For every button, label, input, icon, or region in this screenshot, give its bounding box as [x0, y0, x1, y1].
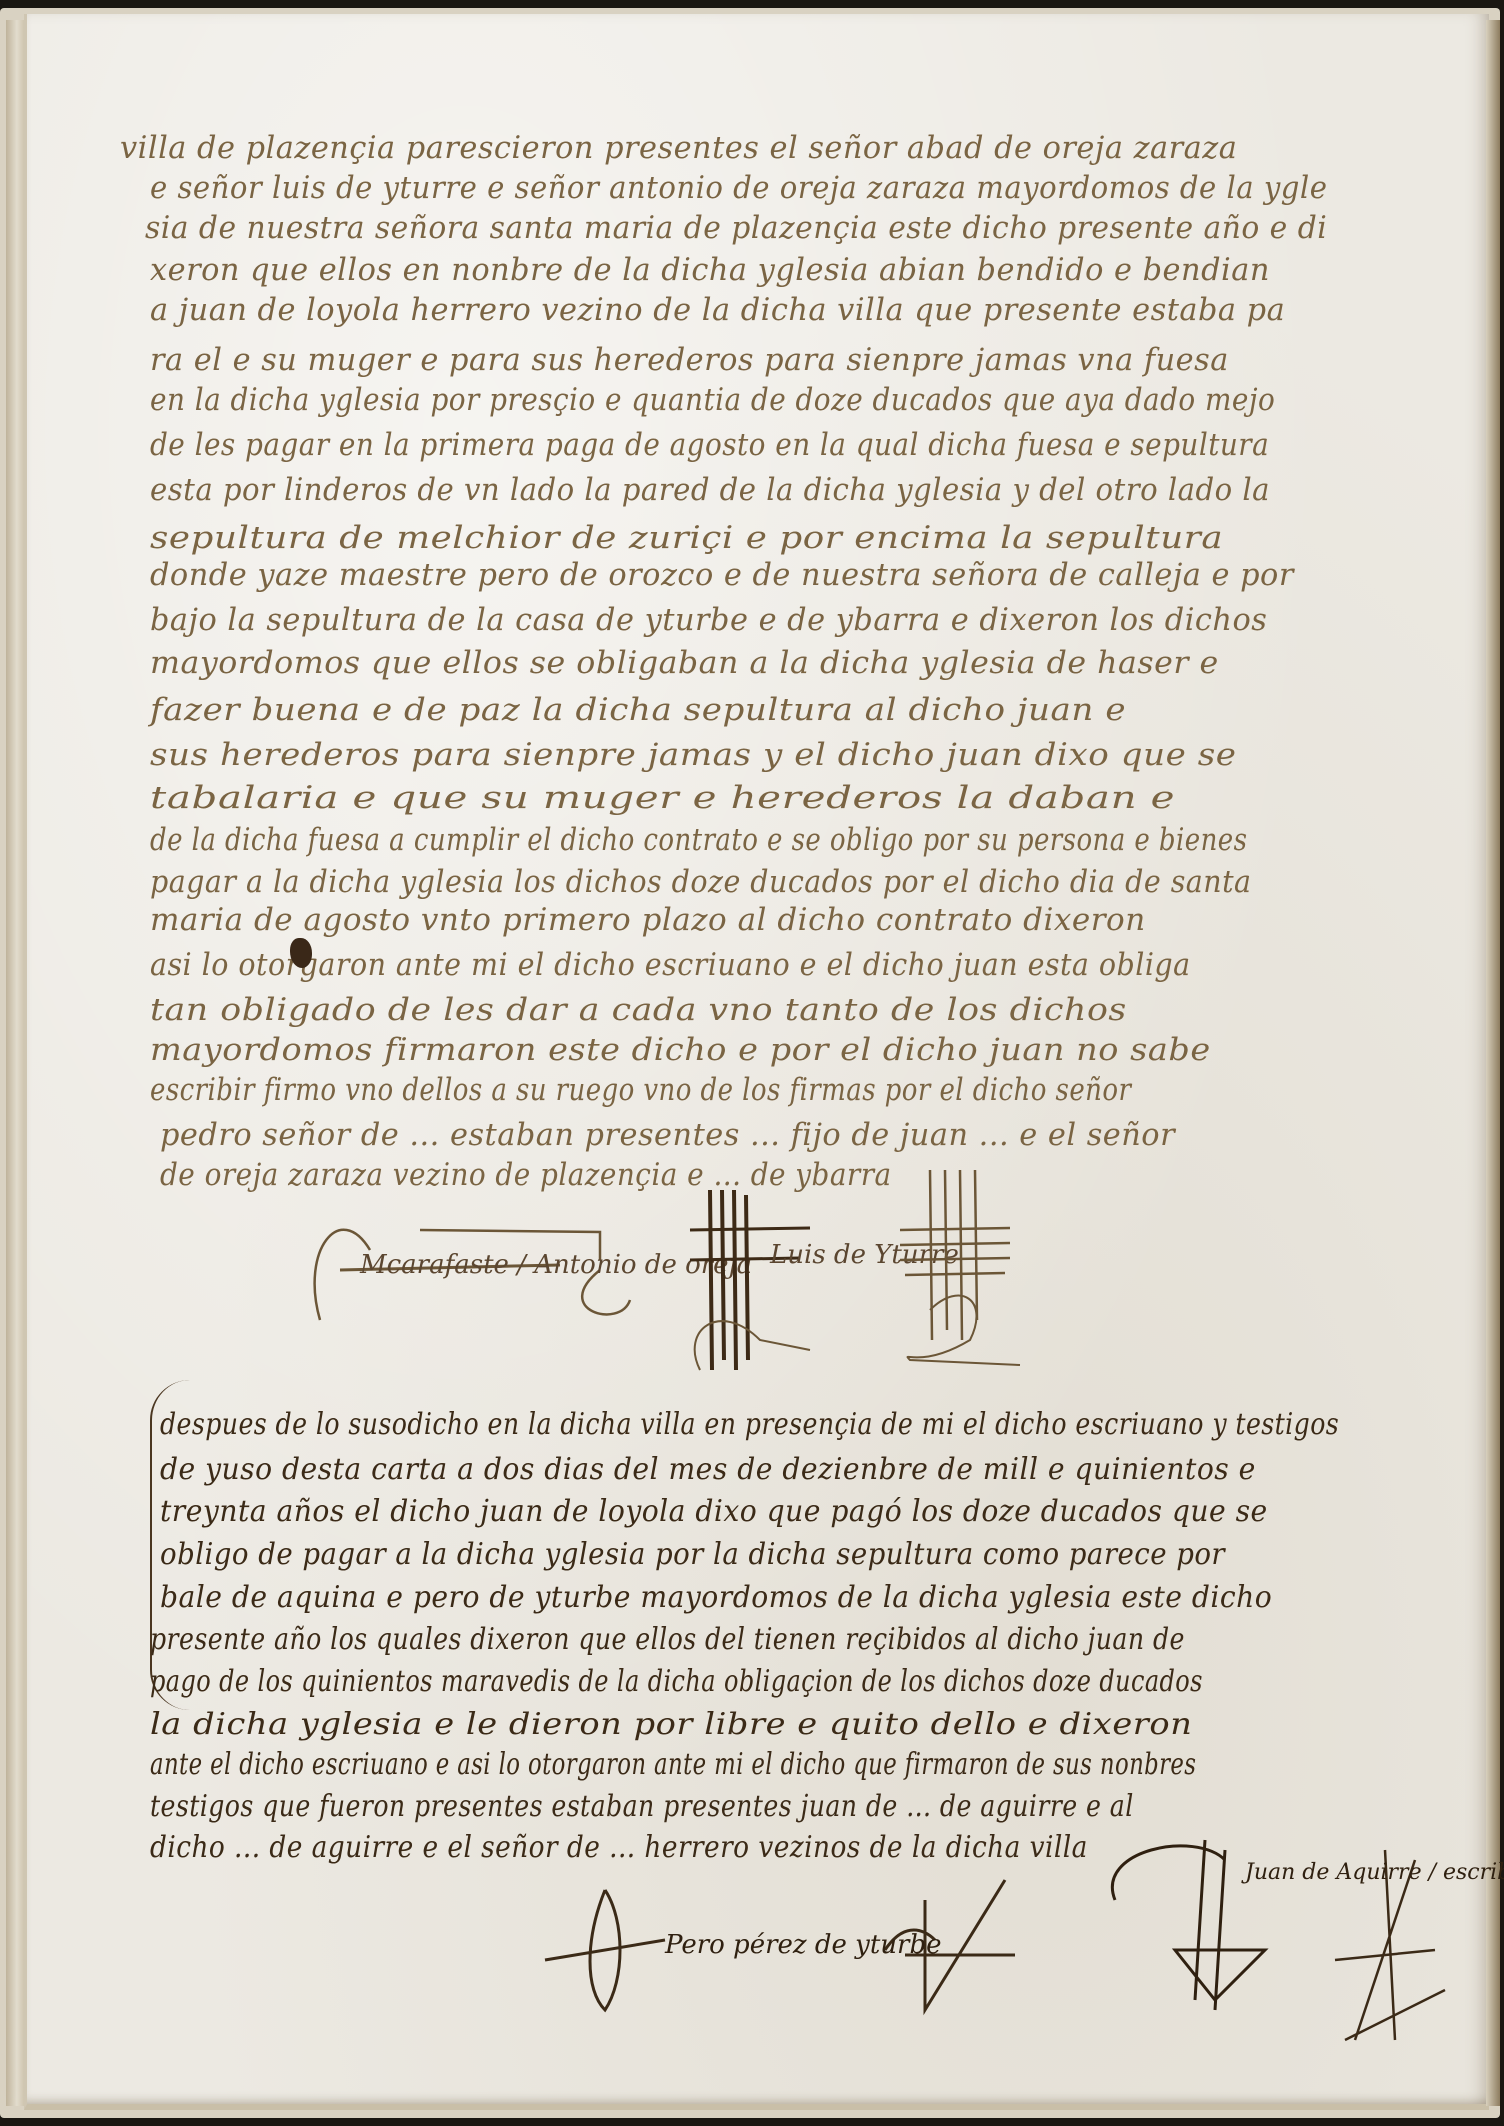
- text-line: ra el e su muger e para sus herederos pa…: [150, 340, 1229, 380]
- text-line: de yuso desta carta a dos dias del mes d…: [160, 1450, 1256, 1490]
- text-line: a juan de loyola herrero vezino de la di…: [150, 290, 1285, 330]
- signature-bottom-right: Juan de Aquirre / escribano: [1095, 1840, 1475, 2060]
- signature-name: Juan de Aquirre / escribano: [1245, 1860, 1504, 1885]
- signature-rubric-icon: [690, 1180, 920, 1380]
- text-line: mayordomos que ellos se obligaban a la d…: [150, 643, 1219, 683]
- text-line: tabalaria e que su muger e herederos la …: [150, 778, 1175, 818]
- signature-name: Pero pérez de yturbe: [665, 1930, 942, 1960]
- text-line: sus herederos para sienpre jamas y el di…: [150, 735, 1237, 775]
- text-line: pago de los quinientos maravedis de la d…: [150, 1662, 1203, 1702]
- text-line: bajo la sepultura de la casa de yturbe e…: [150, 600, 1267, 640]
- text-line: pagar a la dicha yglesia los dichos doze…: [150, 862, 1251, 902]
- text-line: sia de nuestra señora santa maria de pla…: [145, 208, 1327, 248]
- text-line: esta por linderos de vn lado la pared de…: [150, 470, 1270, 510]
- text-line: de les pagar en la primera paga de agost…: [150, 425, 1269, 465]
- ink-blot: [290, 938, 312, 968]
- page-right-edge: [1486, 20, 1500, 2106]
- text-line: pedro señor de ... estaban presentes ...…: [160, 1115, 1175, 1155]
- text-line: mayordomos firmaron este dicho e por el …: [150, 1030, 1211, 1070]
- signature-rubric-icon: [900, 1170, 1020, 1370]
- signature-left: Mcarafaste / Antonio de oreja: [300, 1210, 640, 1340]
- text-line: villa de plazençia parescieron presentes…: [120, 128, 1237, 168]
- text-line: de la dicha fuesa a cumplir el dicho con…: [150, 820, 1247, 860]
- text-line: tan obligado de les dar a cada vno tanto…: [150, 990, 1127, 1030]
- text-line: dicho ... de aguirre e el señor de ... h…: [150, 1828, 1088, 1868]
- text-line: obligo de pagar a la dicha yglesia por l…: [160, 1535, 1225, 1575]
- text-line: despues de lo susodicho en la dicha vill…: [160, 1405, 1339, 1445]
- signature-right: [900, 1170, 1020, 1370]
- text-line: testigos que fueron presentes estaban pr…: [150, 1787, 1134, 1827]
- text-line: presente año los quales dixeron que ello…: [150, 1620, 1185, 1660]
- text-line: donde yaze maestre pero de orozco e de n…: [150, 555, 1294, 595]
- text-line: treynta años el dicho juan de loyola dix…: [160, 1492, 1268, 1532]
- text-line: ante el dicho escriuano e asi lo otorgar…: [150, 1745, 1196, 1785]
- text-line: xeron que ellos en nonbre de la dicha yg…: [150, 250, 1270, 290]
- text-line: la dicha yglesia e le dieron por libre e…: [150, 1705, 1192, 1745]
- text-line: escribir firmo vno dellos a su ruego vno…: [150, 1070, 1131, 1110]
- signature-bottom-left: Pero pérez de yturbe: [545, 1880, 1015, 2020]
- signature-center: Luis de Yturre: [690, 1180, 920, 1380]
- text-line: fazer buena e de paz la dicha sepultura …: [150, 690, 1126, 730]
- text-line: en la dicha yglesia por presçio e quanti…: [150, 380, 1275, 420]
- page-left-edge: [6, 20, 24, 2106]
- text-line: bale de aquina e pero de yturbe mayordom…: [160, 1578, 1272, 1618]
- text-line: sepultura de melchior de zuriçi e por en…: [150, 518, 1223, 558]
- text-line: e señor luis de yturre e señor antonio d…: [150, 168, 1327, 208]
- text-line: maria de agosto vnto primero plazo al di…: [150, 900, 1146, 940]
